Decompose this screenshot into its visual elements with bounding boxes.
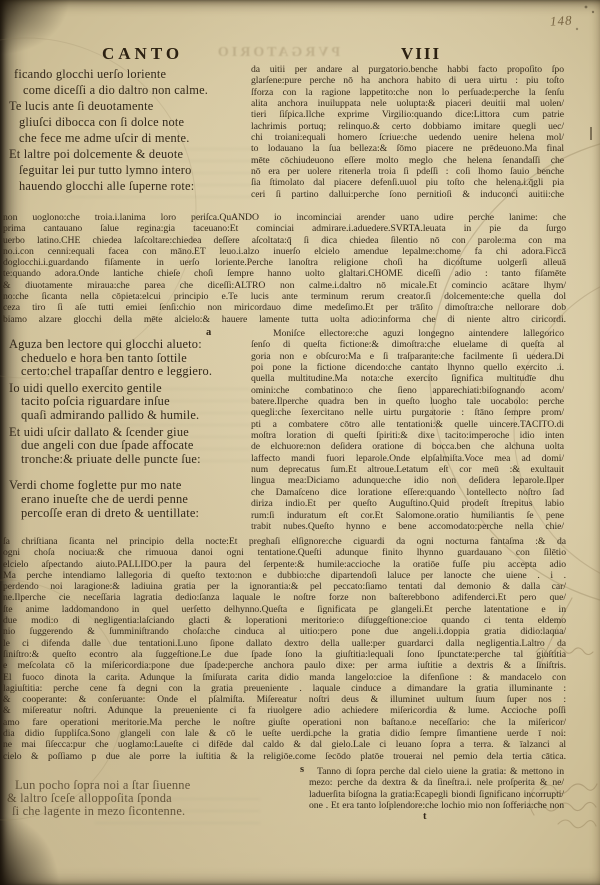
text-line: da uitii per andare al purgatorio.benche… <box>251 64 564 75</box>
text-line: ogni choſa nociua:& che rimuoua danoi og… <box>3 547 566 558</box>
text-line: num deprecatus ſum.Et altroue.Letatum eſ… <box>251 464 564 475</box>
text-line: omini:che combatino:o che ſieno apparech… <box>251 385 564 396</box>
folio-number: 148 <box>550 12 573 29</box>
text-line: Ma perche intendiamo lallegoria di queſt… <box>3 570 566 581</box>
page-corner-shadow-bottom-left <box>0 815 60 885</box>
text-line: le ci difenda dalle due tentationi.Luno … <box>3 638 566 649</box>
text-line: che fece me adme uſcir di mente. <box>9 130 251 146</box>
text-line: amo fare operationi meritorie.Ma perche … <box>3 717 566 728</box>
text-line: ceza tiro ſi aſe tutti emiei ſenſi:chio … <box>3 302 566 313</box>
quire-signature-mark: t <box>423 811 427 822</box>
text-line: e meſcolata cō la miſericordia:pone due … <box>3 660 566 671</box>
text-line: batere.Ilperche quadra ben in queſto luo… <box>251 396 564 407</box>
text-line: quella multitudine.Ma nota:che exercito … <box>251 373 564 384</box>
text-line: cielo & poſſiamo p due ale porre la iuſt… <box>3 751 566 762</box>
text-line: El fuoco dinota la carita. Adunque la ſm… <box>3 672 566 683</box>
text-line: lagiuſtitia: perche cene fa degni con la… <box>3 683 566 694</box>
verse-block-3: Lun pocho ſopra noi a ſtar ſiuenne& lalt… <box>7 779 249 817</box>
text-line: alita anchora inuiluppata nele uolupta:&… <box>251 98 564 109</box>
text-line: due angeli con due ſpade affocate <box>9 439 251 453</box>
text-line: pti a combatere cōtro alle tentationi:& … <box>251 419 564 430</box>
text-line: tieri ſiſpica.Ilche exprime Virgilio:qua… <box>251 109 564 120</box>
commentary-column-3: Tanno di ſopra perche dal cielo uiene la… <box>309 766 564 812</box>
text-line: ſforza con la ragione lappetito:che non … <box>251 87 564 98</box>
text-line: diriza indio.Et per queſto Auguſtino.Qui… <box>251 498 564 509</box>
text-line: ne mai ſiſecca:pur che uoglamo:Laueſte c… <box>3 739 566 750</box>
text-line: & laltro ſceſe alloppoſita ſponda <box>7 792 249 805</box>
text-line: ſiniſtro:& queſto econtro ala ſuggeſtion… <box>3 649 566 660</box>
text-line: te:quando adora.Onde lantiche chieſe cho… <box>3 268 566 279</box>
text-line: & cooperante: & conſeruante: Onde el pſa… <box>3 694 566 705</box>
text-line: mēte cōchiudeuono eſſere molto meglo che… <box>251 155 564 166</box>
text-line: & miſereatur noſtri. Adunque la preuenie… <box>3 705 566 716</box>
commentary-full-width-1: non uoglono:che troia.i.lanima loro peri… <box>3 212 566 325</box>
verse-block-1: ficando glocchi uerſo lorientecome diceſ… <box>9 66 251 194</box>
text-line: Moniſce ellectore:che aguzi longegno ain… <box>251 328 564 339</box>
text-line: & diuotamente miraua:che parea che diceſ… <box>3 280 566 291</box>
text-line: ficando glocchi uerſo loriente <box>9 66 251 82</box>
text-line: due modi:o di negligentia:laſciando glac… <box>3 615 566 626</box>
text-line: che Damaſceno dice loratione eſſere:quan… <box>251 487 564 498</box>
text-line: ſeguitar lei pur tutto lymno intero <box>9 162 251 178</box>
text-line: Io uidi quello exercito gentile <box>9 382 251 396</box>
running-header: CANTO VIII <box>0 44 600 64</box>
text-line: one . Et era tanto loſplendore:che lochi… <box>309 800 564 811</box>
text-line: erano inueſte che de uerdi penne <box>9 493 251 507</box>
text-line: Verdi chome foglette pur mo nate <box>9 479 251 493</box>
text-line: laffecto mandi fuori leparole.Onde elpſa… <box>251 453 564 464</box>
reference-letter-s: s <box>300 764 304 775</box>
text-line: lachrimis portuq; relinquo.& certo dobbi… <box>251 121 564 132</box>
text-line: to lodauano la ſua belleza:& ſōmo piacer… <box>251 143 564 154</box>
text-line: hauendo glocchi alle ſuperne rote: <box>9 178 251 194</box>
text-line: tacito poſcia riguardare inſue <box>9 395 251 409</box>
text-line: poi pone la fictione dicendo:che cantato… <box>251 362 564 373</box>
text-line: moſtra loration di queſti ſpiriti:& dixe… <box>251 430 564 441</box>
reference-letter-a: a <box>206 327 211 338</box>
commentary-column-2: Moniſce ellectore:che aguzi longegno ain… <box>251 328 564 532</box>
text-line: Lun pocho ſopra noi a ſtar ſiuenne <box>7 779 249 792</box>
book-page: 148 PVRGATORIO CANTO VIII ficando glocch… <box>0 0 600 885</box>
text-line: percoſſe eran di dreto & uentillate: <box>9 507 251 521</box>
commentary-full-width-2: ſa chriſtiana ſicanta nel principio dell… <box>3 536 566 762</box>
text-line: quegli:che ſexercitano nelle uirtu purga… <box>251 407 564 418</box>
text-line: chi troiani:equali homero ſcriue:che ued… <box>251 132 564 143</box>
text-line: laduerſita biſogna la gratia:Ecapegli bi… <box>309 789 564 800</box>
ink-specks <box>576 6 594 140</box>
text-line: Aguza ben lectore qui glocchi alueto: <box>9 338 251 352</box>
text-line: certo:chel trapaſſar dentro e leggiero. <box>9 365 251 379</box>
text-line: tronche:& priuate delle puncte ſue: <box>9 453 251 467</box>
text-line: gliuſci dibocca con ſi dolce note <box>9 114 251 130</box>
text-line: goria non e obſcuro:Ma e ſi traſparante:… <box>251 351 564 362</box>
text-line: glarſene:pure perche nō ha anchora habit… <box>251 75 564 86</box>
text-line: ſi che lagente in mezo ſicontenne. <box>7 805 249 818</box>
text-line: dia didio ſuppliſca.Sono glangeli con la… <box>3 728 566 739</box>
text-line: ſenſo di queſta fictione:& dimoſtra:che … <box>251 339 564 350</box>
header-canto-numeral: VIII <box>401 44 441 64</box>
text-line: ſa chriſtiana ſicanta nel principio dell… <box>3 536 566 547</box>
text-line: quaſi admirando pallido & humile. <box>9 409 251 423</box>
text-line: trabit nubes.Queſto hynno e bene accomod… <box>251 521 564 532</box>
text-line: come diceſſi a dio daltro non calme. <box>9 82 251 98</box>
text-line: nio ſuggerendo & ſumminiſtrando choſa:ch… <box>3 626 566 637</box>
text-line: de elchuore:non deſidera oratione di boc… <box>251 441 564 452</box>
text-line: biamo alzare glocchi della mēte alcielo:… <box>3 314 566 325</box>
text-line: ſia ſtimolato dal piacere defenſi.uuol p… <box>251 177 564 188</box>
text-line: uerbo latino.CHE chiedea laſcoltare:chie… <box>3 235 566 246</box>
text-line: Et uidi uſcir dallato & ſcender giue <box>9 426 251 440</box>
text-line: prima cantauano ſalue regina:gia taceuan… <box>3 223 566 234</box>
text-line: ſte anime laddomandono in quel uerſetto … <box>3 604 566 615</box>
verse-block-2: Aguza ben lectore qui glocchi alueto:che… <box>9 338 251 520</box>
text-line: ne.Ilperche cie neceſſaria lagratia dedi… <box>3 592 566 603</box>
text-line: no.i.con cenni:equali facea con māno.ET … <box>3 246 566 257</box>
text-line: Tanno di ſopra perche dal cielo uiene la… <box>309 766 564 777</box>
text-line: cheduelo e hora ben tanto ſottile <box>9 352 251 366</box>
text-line: elcielo aſpectando aiuto.PALLIDO.per la … <box>3 559 566 570</box>
text-line: non uoglono:che troia.i.lanima loro peri… <box>3 212 566 223</box>
header-canto-word: CANTO <box>102 44 183 64</box>
text-line: perdendo noi laragione:& ladiuina gratia… <box>3 581 566 592</box>
text-line: lingua mea:Diciamo adunque:che idio non … <box>251 475 564 486</box>
text-line: doglocchi.i.guardando fiſamente in uerſo… <box>3 257 566 268</box>
text-line: ceri ſi partino dallui:perche ſono perni… <box>251 189 564 200</box>
commentary-column-1: da uitii per andare al purgatorio.benche… <box>251 64 564 200</box>
text-line: Et laltre poi dolcemente & deuote <box>9 146 251 162</box>
text-line: no:che ſicanta nella cōpieta:elcui princ… <box>3 291 566 302</box>
text-line: mezo: perche da dextra & da ſineſtra.i. … <box>309 777 564 788</box>
text-line: nō era per uolere ritenerla troia ſi pde… <box>251 166 564 177</box>
text-line: Te lucis ante ſi deuotamente <box>9 98 251 114</box>
text-line: rum:ſi induratum eſt cor.Et Salomone.ora… <box>251 510 564 521</box>
